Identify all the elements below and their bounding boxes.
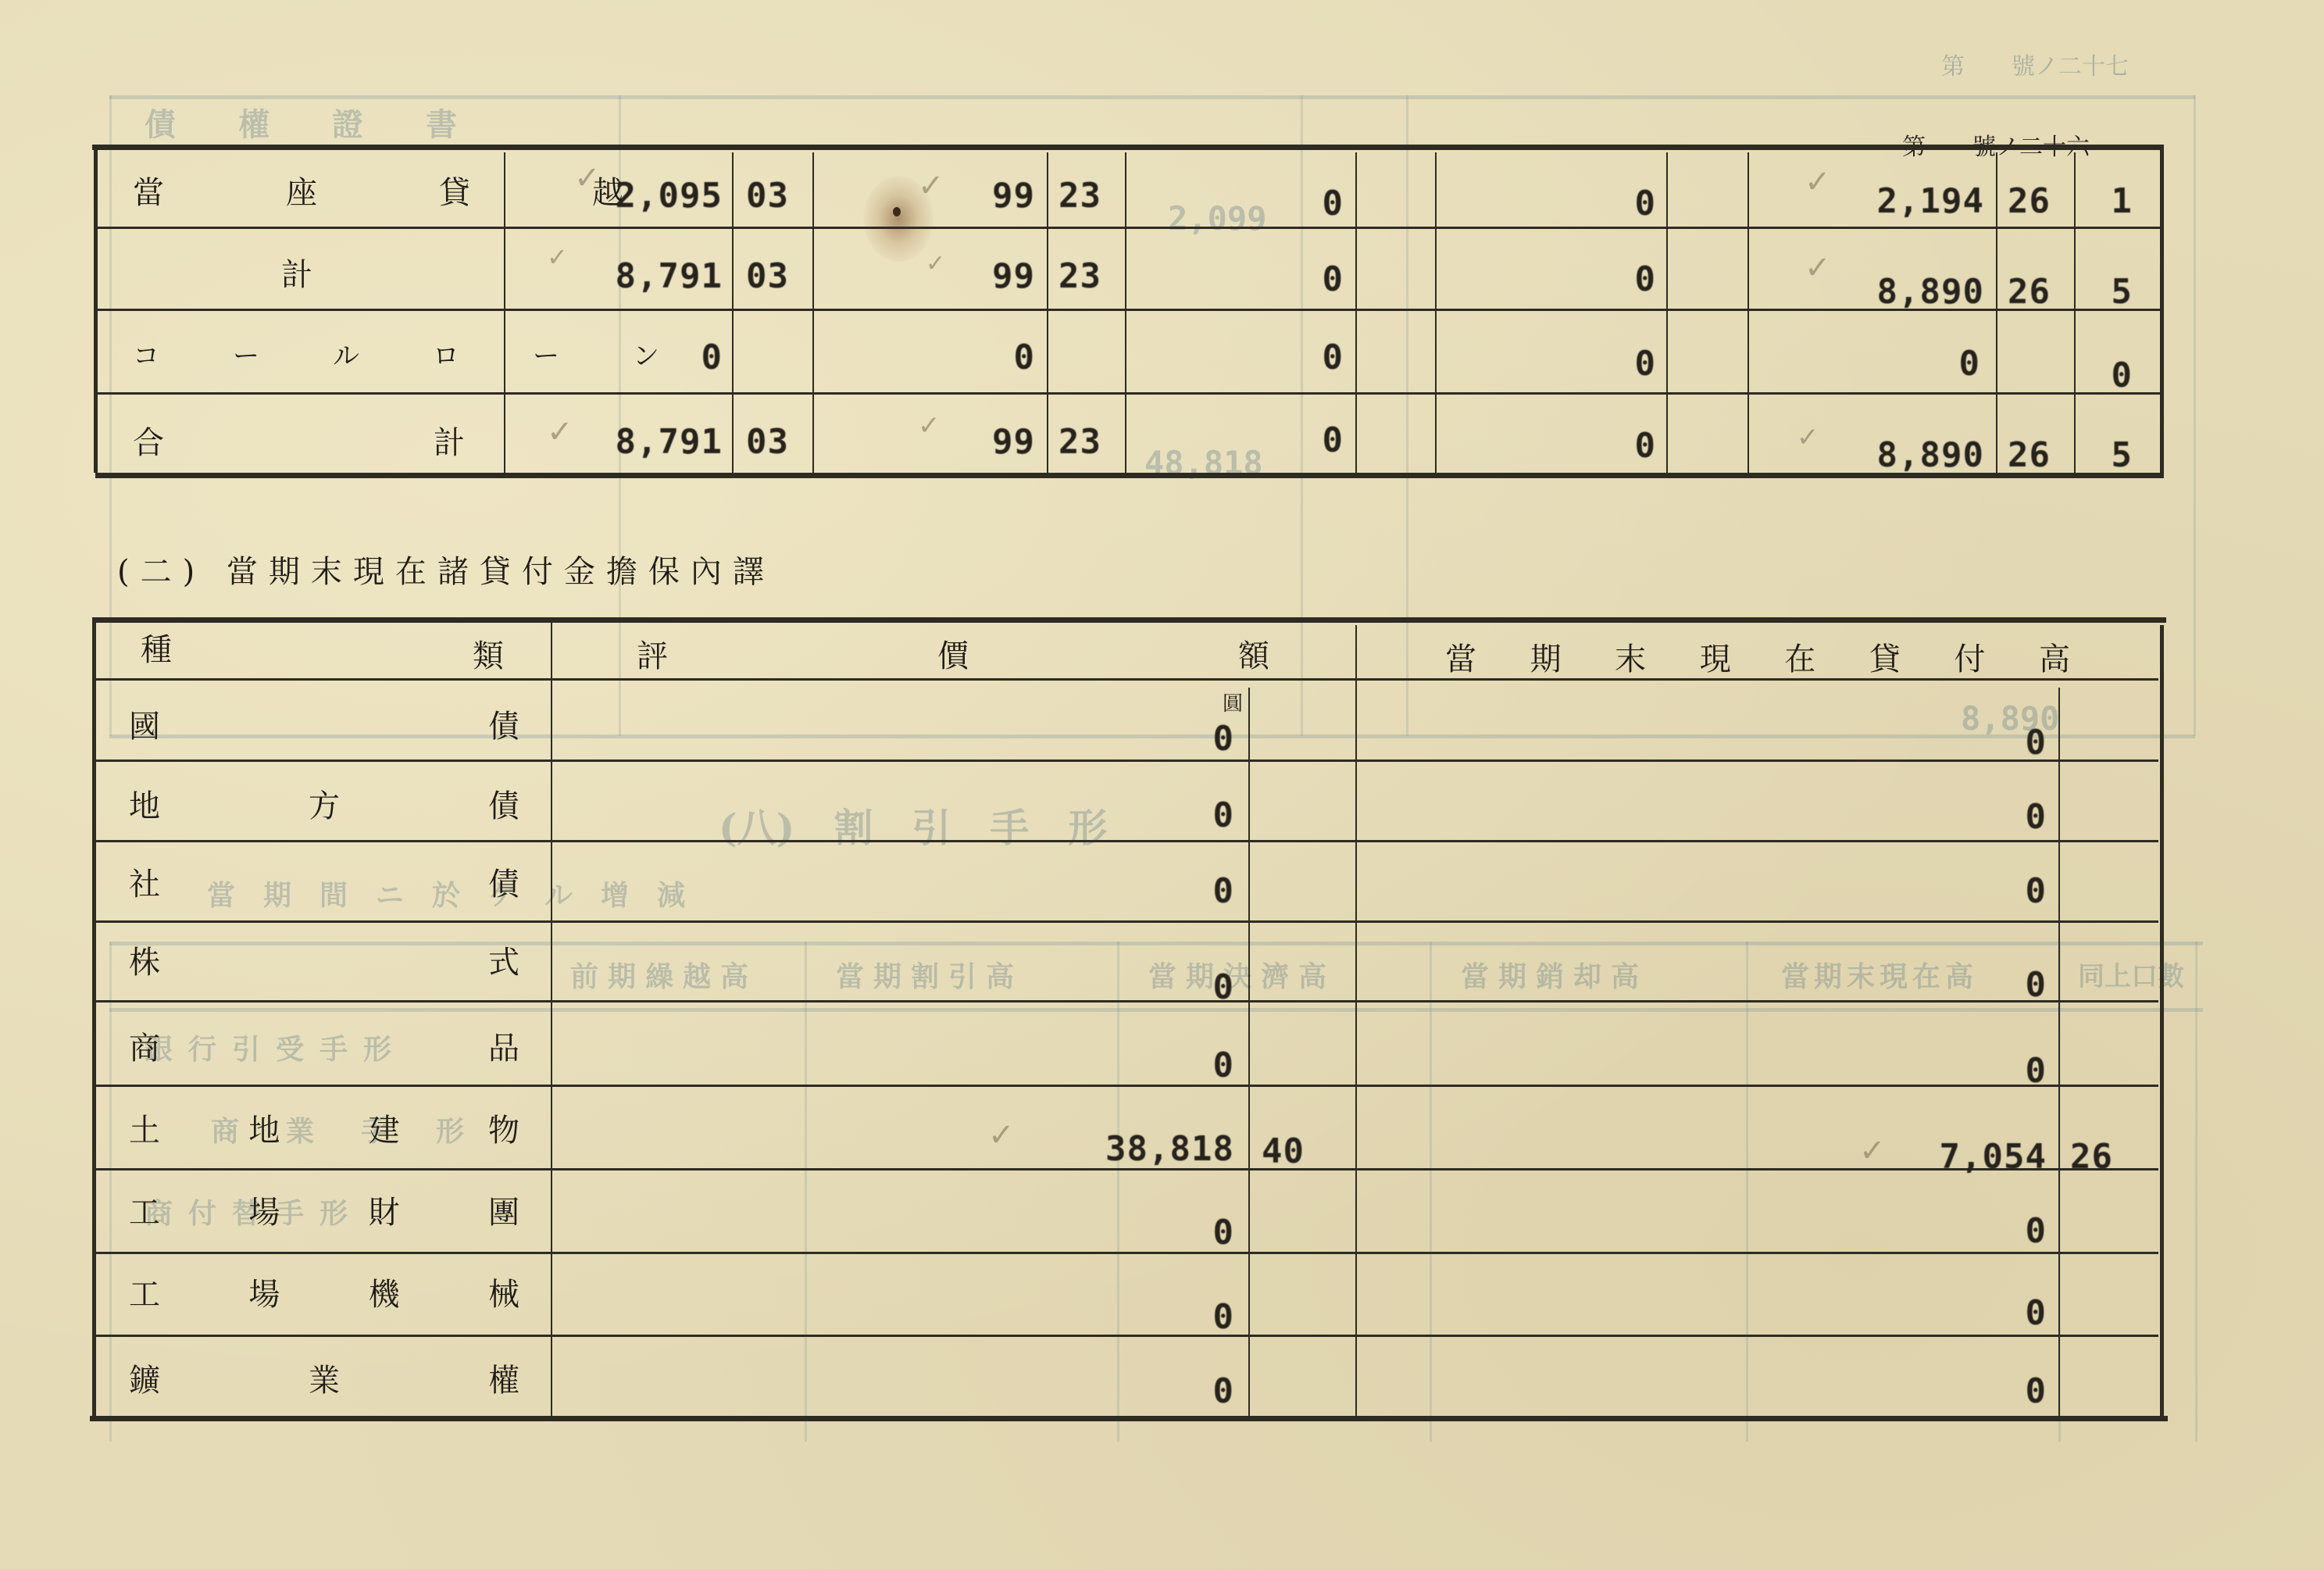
column-divider [1355,625,1357,1416]
header-char: 評 [637,631,668,676]
cell-value: 0 [1933,344,1980,384]
row-label-left: 合 [133,418,164,463]
column-divider [812,152,814,473]
cell-value-decimal: 23 [1051,256,1101,296]
label-char: 場 [248,1188,280,1232]
table-border-bottom [90,1416,2168,1421]
row-divider [98,392,2160,395]
header-char: 價 [937,631,969,676]
header-current-loans: 當 期 末 現 在 貸 付 高 [1445,634,2070,679]
header-char: 貸 [1869,634,1901,679]
cell-value-decimal: 23 [1051,176,1101,216]
cell-value: 0 [1297,338,1344,377]
current-loan-value: 7,054 [1906,1137,2047,1177]
column-divider [732,152,734,473]
column-divider [1666,152,1668,473]
cell-value: 8,890 [1851,435,1984,475]
cell-value-decimal: 26 [2000,181,2051,221]
row-divider [96,1000,2158,1003]
cell-value: 0 [672,338,723,377]
current-loan-value: 0 [2000,871,2047,911]
table-border-right [2160,148,2164,477]
cell-value: 1 [2094,181,2133,221]
column-divider [1125,152,1126,473]
header-char: 末 [1615,634,1646,679]
row-label: 計 [281,250,312,295]
current-loan-value: 0 [2000,797,2047,837]
ghost-rule [1430,942,1432,1442]
row-divider [98,309,2160,311]
current-loan-value: 0 [2000,1051,2047,1091]
valuation-value: 0 [1187,1045,1234,1085]
ghost-rule [1117,942,1119,1442]
cell-value: 0 [984,338,1035,377]
cell-value: 0 [1609,259,1656,299]
row-divider [96,920,2158,923]
cell-value: 99 [937,256,1035,296]
row-label: 國 債 [129,702,519,746]
valuation-value: 0 [1187,1297,1234,1337]
valuation-value: 0 [1187,967,1234,1007]
ghost-col-header: 當期決濟高 [1148,955,1336,995]
label-char: 物 [488,1106,519,1150]
column-divider [2074,152,2076,473]
cell-value-decimal: 03 [738,256,789,296]
table-border-right [2160,625,2164,1418]
header-char: 付 [1954,634,1985,679]
cell-value: 5 [2094,272,2133,312]
column-divider [1047,152,1048,473]
check-mark-icon: ✓ [547,242,568,272]
check-mark-icon: ✓ [547,414,573,450]
cell-value-decimal: 26 [2000,272,2051,312]
label-char: 式 [488,938,519,982]
cell-value-decimal: 26 [2000,435,2051,475]
ghost-rule [109,942,112,1442]
ghost-heading: 債 權 證 書 [145,100,457,145]
row-label: 土 地 建 物 [129,1106,519,1150]
label-char: 械 [488,1270,519,1314]
ghost-col-header: 前期繰越高 [570,955,758,995]
label-char: 債 [488,860,519,904]
header-type-left: 種 [141,625,172,670]
valuation-value: 0 [1187,719,1234,759]
column-divider [1355,152,1357,473]
label-char: 業 [309,1356,340,1400]
ghost-section-title: (八) 割 引 手 形 [719,797,1107,853]
cell-value-decimal: 03 [738,176,789,216]
row-divider [96,1085,2158,1087]
row-divider [96,1252,2158,1254]
check-mark-icon: ✓ [1859,1133,1886,1169]
column-divider [551,621,552,1416]
cell-value: 2,095 [594,176,723,216]
header-char: 當 [1445,634,1476,679]
row-label: 工 場 財 團 [129,1188,519,1232]
current-loan-value: 0 [2000,1211,2047,1251]
table-border-left [92,621,96,1416]
ghost-rule [1746,942,1748,1442]
ghost-rule [2195,942,2197,1442]
label-char: 社 [129,860,160,904]
header-char: 高 [2039,634,2070,679]
label-char: 債 [488,781,519,826]
cell-value: 99 [937,176,1035,216]
check-mark-icon: ✓ [988,1117,1015,1153]
valuation-value: 0 [1187,1213,1234,1253]
ghost-col-header: 同上口數 [2078,955,2184,993]
label-char: 工 [129,1188,160,1232]
current-loan-value: 0 [2000,1371,2047,1411]
valuation-value-decimal: 40 [1254,1131,1305,1171]
ghost-rule [805,942,807,1442]
row-label: 地 方 債 [129,781,519,826]
label-char: 場 [248,1270,280,1314]
cell-value: 8,890 [1851,272,1984,312]
row-divider [96,840,2158,842]
label-char: 國 [129,702,160,746]
cell-value: 0 [1609,426,1656,466]
cell-value: 99 [937,422,1035,462]
cell-value-decimal: 23 [1051,422,1101,462]
row-divider [96,678,2158,681]
check-mark-icon: ✓ [1797,422,1819,453]
row-divider [98,227,2160,229]
label-char: 鑛 [129,1356,160,1400]
cell-value: 0 [1297,259,1344,299]
column-divider [1996,152,1997,473]
column-divider [1248,688,1250,1416]
cell-value: 2,194 [1851,181,1984,221]
label-char: 地 [248,1106,280,1150]
valuation-value: 38,818 [1082,1129,1234,1169]
cell-value: 8,791 [594,256,723,296]
valuation-value: 0 [1187,1371,1234,1411]
label-char: 地 [129,781,160,826]
label-char: 方 [309,781,340,826]
row-label-right: 計 [434,418,465,463]
valuation-value: 0 [1187,871,1234,911]
header-char: 額 [1238,631,1269,676]
current-loan-value-decimal: 26 [2062,1137,2113,1177]
check-mark-icon: ✓ [1805,164,1831,200]
header-char: 期 [1530,634,1562,679]
current-loan-value: 0 [2000,723,2047,763]
valuation-value: 0 [1187,795,1234,835]
ghost-value: 2,099 [1168,199,1266,238]
label-char: 土 [129,1106,160,1150]
row-label: 社 債 [129,860,519,904]
table-border-top [92,145,2164,150]
label-char: 財 [369,1188,400,1232]
ghost-rule [109,95,112,736]
ghost-col-header: 當期割引高 [836,955,1023,995]
ghost-rule [2194,95,2196,736]
header-valuation: 評 價 額 [637,631,1269,676]
label-char: 商 [129,1024,160,1068]
label-char: 權 [488,1356,519,1400]
label-char: 工 [129,1270,160,1314]
ghost-col-header: 當期銷却高 [1461,955,1648,995]
ghost-page-number: 第 號ノ二十七 [1941,47,2129,81]
ghost-rule [1406,95,1408,736]
header-char: 在 [1784,634,1815,679]
label-char: 建 [369,1106,400,1150]
cell-value: 0 [1297,184,1344,223]
row-label: 工 場 機 械 [129,1270,519,1314]
column-divider [1435,152,1437,473]
label-char: 團 [488,1188,519,1232]
row-divider [96,759,2158,762]
header-type-right: 類 [473,631,504,676]
paper-stain-dot [893,207,901,216]
ghost-rule [109,95,2195,99]
row-label: コ ー ル ロ ー ン [133,334,683,373]
header-char: 現 [1700,634,1731,679]
current-loan-value: 0 [2000,1293,2047,1333]
cell-value: 5 [2094,435,2133,475]
column-divider [1747,152,1749,473]
row-label: 株 式 [129,938,519,982]
row-divider [96,1335,2158,1337]
column-divider [2058,688,2060,1416]
label-char: 株 [129,938,160,982]
label-char: 品 [488,1024,519,1068]
table-border-top [92,617,2166,623]
cell-value: 8,791 [594,422,723,462]
cell-value: 0 [1297,420,1344,460]
unit-label: 圓 [1223,688,1243,717]
section-title: (二) 當期末現在諸貸付金擔保內譯 [117,547,775,592]
label-char: 機 [369,1270,400,1314]
cell-value: 0 [2094,356,2133,395]
row-label: 鑛 業 權 [129,1356,519,1400]
row-label: 商 品 [129,1024,519,1068]
ghost-rule [109,1008,2203,1012]
current-loan-value: 0 [2000,965,2047,1005]
cell-value: 0 [1609,344,1656,384]
label-char: 債 [488,702,519,746]
cell-value-decimal: 03 [738,422,789,462]
ghost-col-header: 當期末現在高 [1781,955,1978,995]
cell-value: 0 [1609,184,1656,223]
check-mark-icon: ✓ [1805,250,1831,286]
